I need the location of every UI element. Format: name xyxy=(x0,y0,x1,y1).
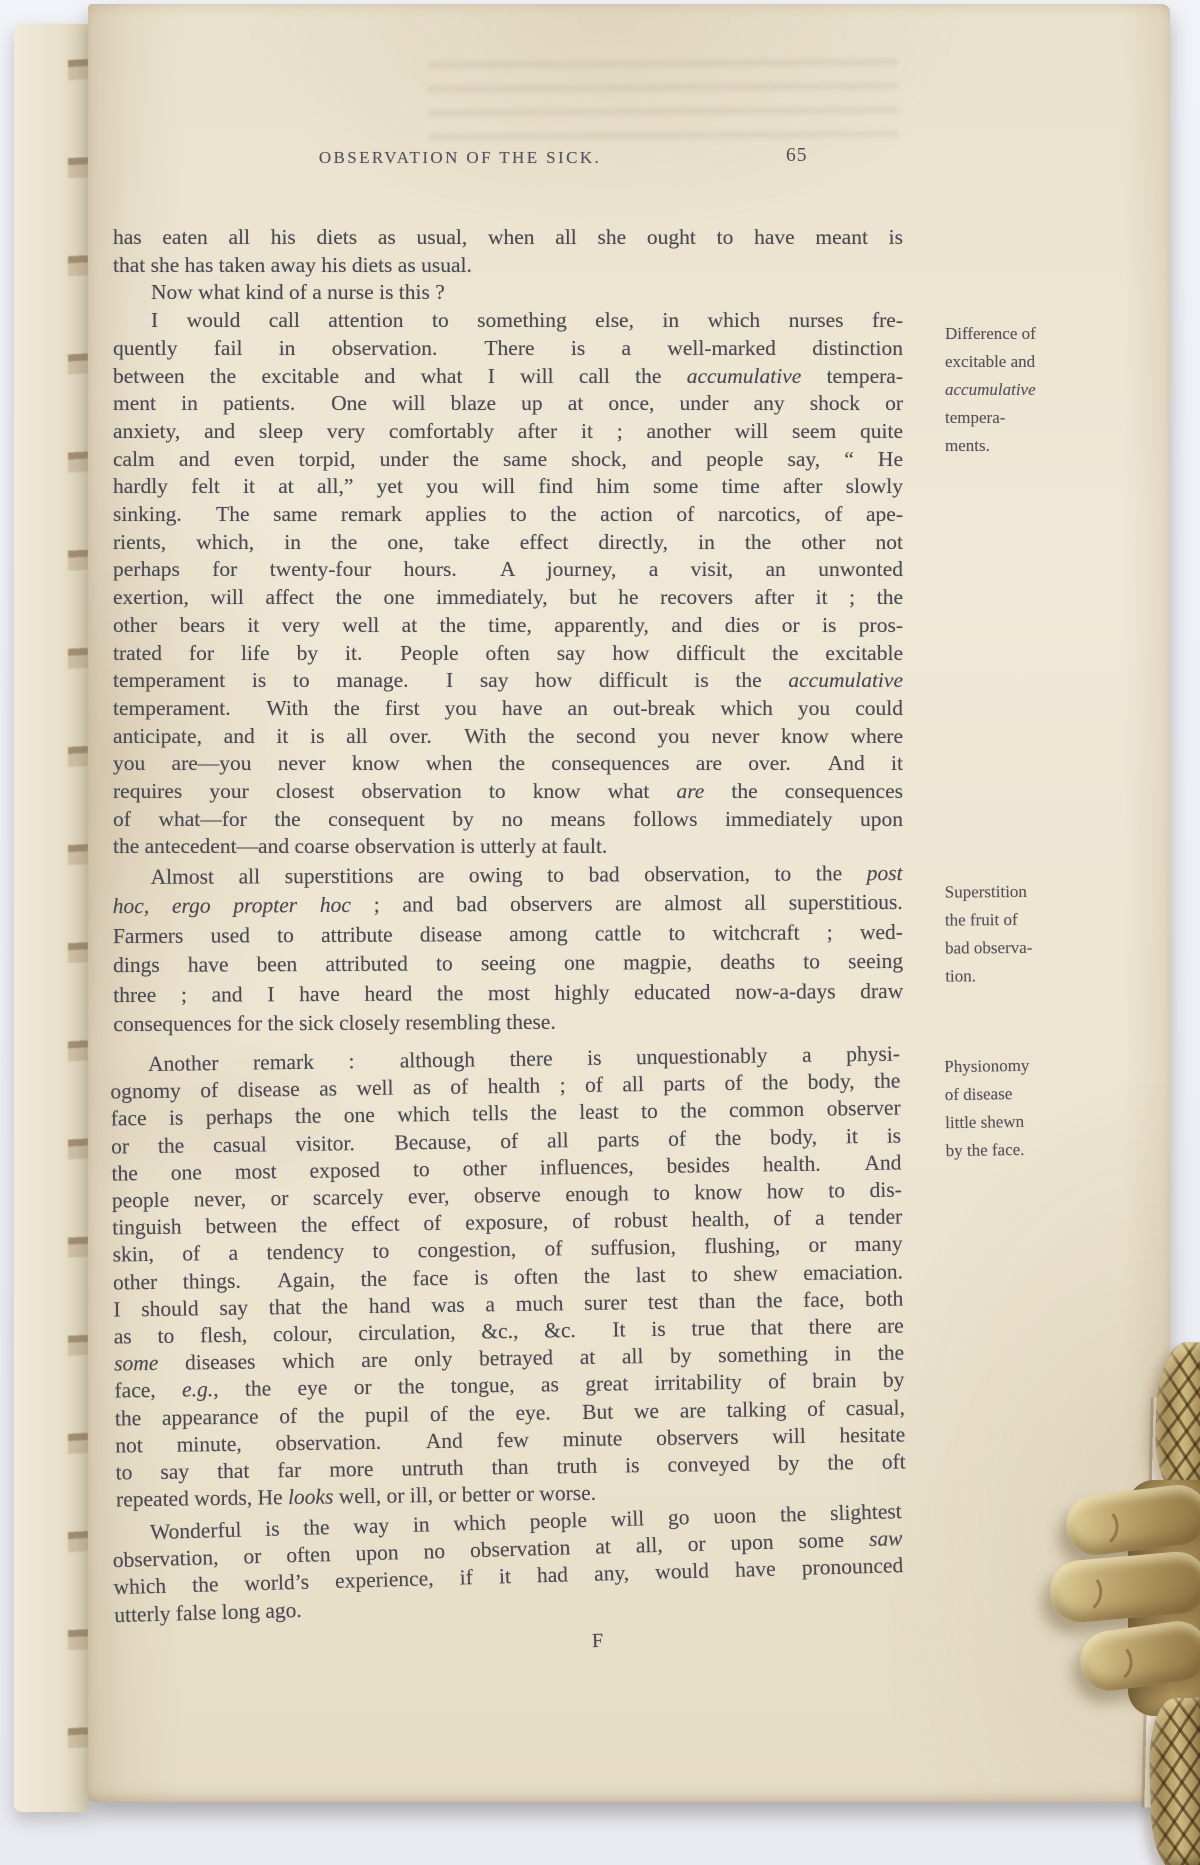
text-line: hoc, ergo propter hoc ; and bad observer… xyxy=(113,889,903,923)
text-line: between the excitable and what I will ca… xyxy=(113,363,903,391)
book-block-edge xyxy=(1141,1397,1200,1808)
text-line: Farmers used to attribute disease among … xyxy=(113,918,903,952)
text-line: that she has taken away his diets as usu… xyxy=(113,252,903,280)
margin-note: Superstitionthe fruit ofbad observa-tion… xyxy=(945,877,1092,990)
margin-note-line: Superstition xyxy=(945,877,1091,906)
margin-note-line: tempera- xyxy=(945,404,1091,432)
paragraph: I would call attention to something else… xyxy=(113,307,903,861)
margin-note-line: Difference of xyxy=(945,320,1091,348)
running-header: OBSERVATION OF THE SICK. xyxy=(260,148,660,168)
margin-note-line: ments. xyxy=(945,432,1091,460)
text-line: other bears it very well at the time, ap… xyxy=(113,612,903,640)
text-line: temperament. With the first you have an … xyxy=(113,695,903,723)
text-line: the antecedent—and coarse observation is… xyxy=(113,833,903,861)
paragraph: Almost all superstitions are owing to ba… xyxy=(113,859,904,1040)
margin-note-line: bad observa- xyxy=(945,933,1091,962)
paragraph: has eaten all his diets as usual, when a… xyxy=(113,224,903,279)
text-line: has eaten all his diets as usual, when a… xyxy=(113,224,903,252)
text-line: exertion, will affect the one immediatel… xyxy=(113,584,903,612)
ink-showthrough xyxy=(428,58,899,145)
margin-note-line: by the face. xyxy=(945,1135,1091,1165)
text-line: perhaps for twenty-four hours. A journey… xyxy=(113,556,903,584)
text-line: quently fail in observation. There is a … xyxy=(113,335,903,363)
margin-note-line: little shewn xyxy=(945,1107,1091,1137)
text-line: I would call attention to something else… xyxy=(113,307,903,335)
text-line: requires your closest observation to kno… xyxy=(113,778,903,806)
text-line: sinking. The same remark applies to the … xyxy=(113,501,903,529)
margin-note-line: of disease xyxy=(945,1079,1091,1109)
text-line: consequences for the sick closely resemb… xyxy=(113,1006,903,1040)
margin-note-line: Physionomy xyxy=(944,1051,1090,1081)
text-line: anxiety, and sleep very comfortably afte… xyxy=(113,418,903,446)
text-line: temperament is to manage. I say how diff… xyxy=(113,667,903,695)
text-line: Almost all superstitions are owing to ba… xyxy=(113,859,903,893)
paragraph: Now what kind of a nurse is this ? xyxy=(113,279,903,307)
margin-note: Physionomyof diseaselittle shewnby the f… xyxy=(944,1051,1092,1165)
body-text: has eaten all his diets as usual, when a… xyxy=(113,224,903,1617)
text-line: rients, which, in the one, take effect d… xyxy=(113,529,903,557)
paragraph: Another remark : although there is unque… xyxy=(110,1040,906,1513)
text-line: three ; and I have heard the most highly… xyxy=(113,977,903,1011)
margin-note-line: tion. xyxy=(945,961,1091,990)
text-line: dings have been attributed to seeing one… xyxy=(113,947,903,981)
text-line: trated for life by it. People often say … xyxy=(113,640,903,668)
text-line: ment in patients. One will blaze up at o… xyxy=(113,390,903,418)
text-line: of what—for the consequent by no means f… xyxy=(113,806,903,834)
text-line: Now what kind of a nurse is this ? xyxy=(113,279,903,307)
margin-note-line: the fruit of xyxy=(945,905,1091,934)
margin-note: Difference ofexcitable andaccumulativete… xyxy=(945,320,1091,460)
text-line: you are—you never know when the conseque… xyxy=(113,750,903,778)
book-page: OBSERVATION OF THE SICK. 65 has eaten al… xyxy=(88,4,1170,1802)
text-line: calm and even torpid, under the same sho… xyxy=(113,446,903,474)
book-photo: OBSERVATION OF THE SICK. 65 has eaten al… xyxy=(0,0,1200,1865)
paragraph: Wonderful is the way in which people wil… xyxy=(112,1498,905,1629)
margin-note-line: excitable and xyxy=(945,348,1091,376)
binding-tear-edge xyxy=(68,26,88,1806)
signature-mark: F xyxy=(592,1630,604,1653)
text-line: anticipate, and it is all over. With the… xyxy=(113,723,903,751)
page-number: 65 xyxy=(786,145,808,167)
text-line: hardly felt it at all,” yet you will fin… xyxy=(113,473,903,501)
margin-note-line: accumulative xyxy=(945,376,1091,404)
